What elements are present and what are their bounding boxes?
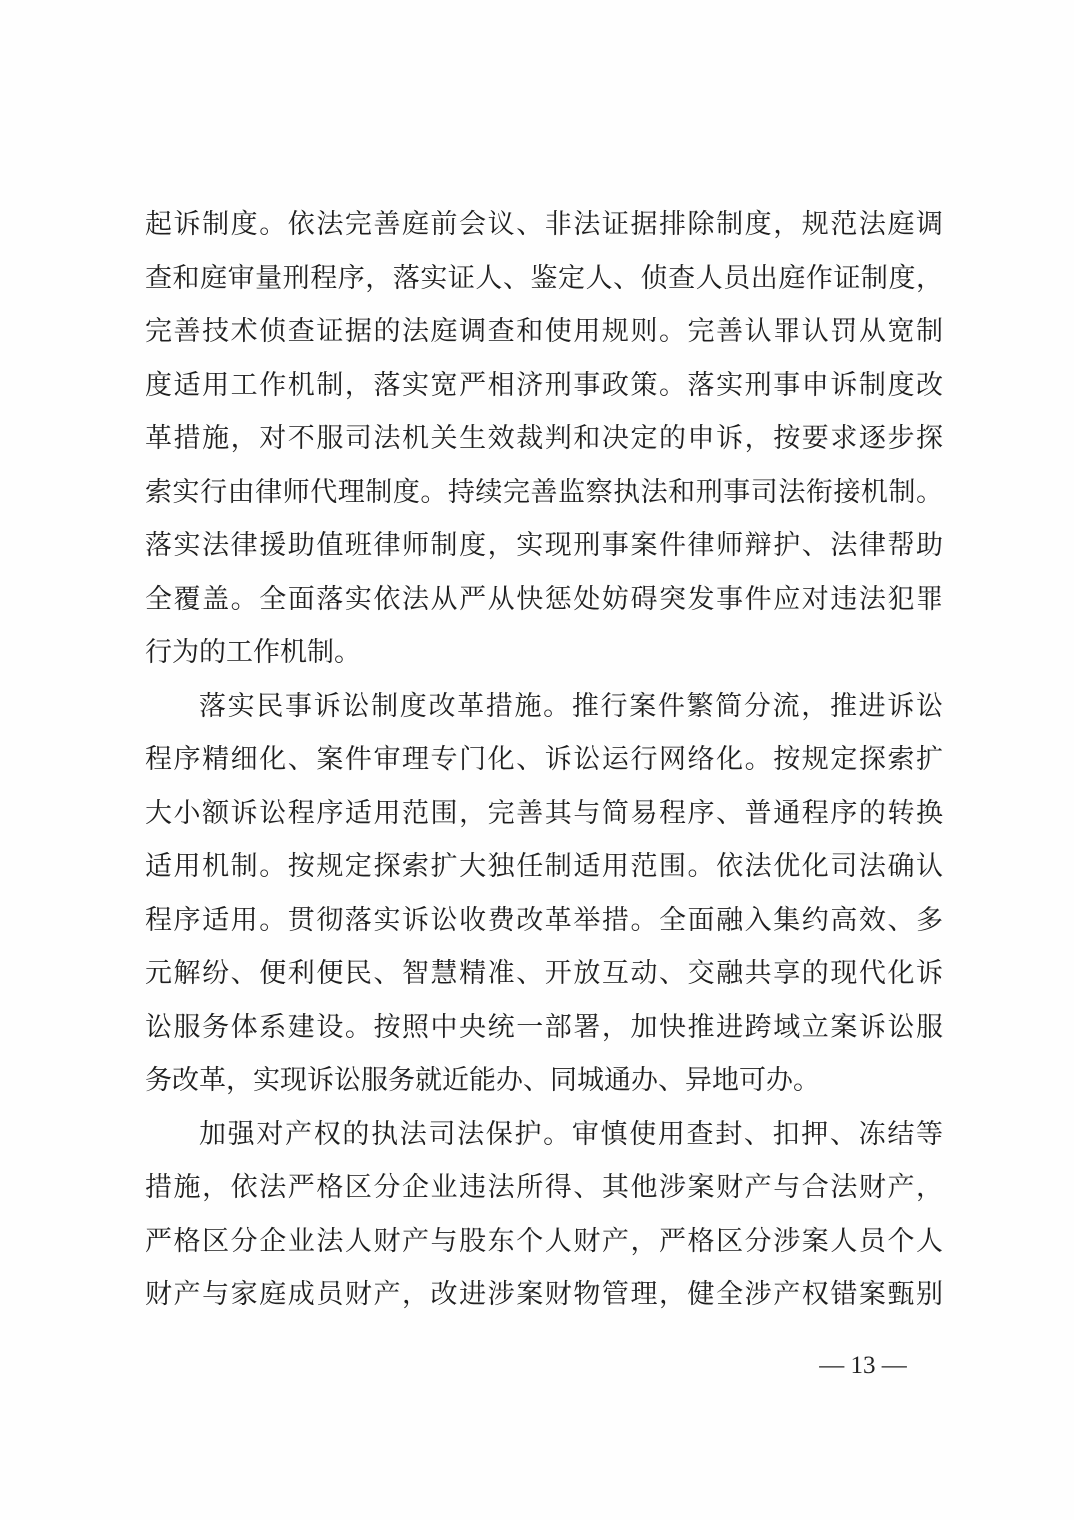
- text-line: 查和庭审量刑程序，落实证人、鉴定人、侦查人员出庭作证制度，: [145, 252, 943, 306]
- text-line: 大小额诉讼程序适用范围，完善其与简易程序、普通程序的转换: [145, 787, 943, 841]
- text-line: 程序精细化、案件审理专门化、诉讼运行网络化。按规定探索扩: [145, 733, 943, 787]
- text-line: 财产与家庭成员财产，改进涉案财物管理，健全涉产权错案甄别: [145, 1268, 943, 1322]
- document-page: 起诉制度。依法完善庭前会议、非法证据排除制度，规范法庭调 查和庭审量刑程序，落实…: [0, 0, 1074, 1520]
- text-line: 索实行由律师代理制度。持续完善监察执法和刑事司法衔接机制。: [145, 466, 943, 520]
- text-line-paragraph-start: 加强对产权的执法司法保护。审慎使用查封、扣押、冻结等: [145, 1108, 943, 1162]
- text-line: 全覆盖。全面落实依法从严从快惩处妨碍突发事件应对违法犯罪: [145, 573, 943, 627]
- text-line: 讼服务体系建设。按照中央统一部署，加快推进跨域立案诉讼服: [145, 1001, 943, 1055]
- text-line: 严格区分企业法人财产与股东个人财产，严格区分涉案人员个人: [145, 1215, 943, 1269]
- text-line: 革措施，对不服司法机关生效裁判和决定的申诉，按要求逐步探: [145, 412, 943, 466]
- text-line-paragraph-end: 务改革，实现诉讼服务就近能办、同城通办、异地可办。: [145, 1054, 943, 1108]
- text-line: 度适用工作机制，落实宽严相济刑事政策。落实刑事申诉制度改: [145, 359, 943, 413]
- text-line-paragraph-end: 行为的工作机制。: [145, 626, 943, 680]
- text-line: 措施，依法严格区分企业违法所得、其他涉案财产与合法财产，: [145, 1161, 943, 1215]
- text-line: 起诉制度。依法完善庭前会议、非法证据排除制度，规范法庭调: [145, 198, 943, 252]
- text-line: 落实法律援助值班律师制度，实现刑事案件律师辩护、法律帮助: [145, 519, 943, 573]
- page-number: — 13 —: [783, 1348, 943, 1384]
- text-line: 程序适用。贯彻落实诉讼收费改革举措。全面融入集约高效、多: [145, 894, 943, 948]
- text-line: 适用机制。按规定探索扩大独任制适用范围。依法优化司法确认: [145, 840, 943, 894]
- text-line: 完善技术侦查证据的法庭调查和使用规则。完善认罪认罚从宽制: [145, 305, 943, 359]
- text-line-paragraph-start: 落实民事诉讼制度改革措施。推行案件繁简分流，推进诉讼: [145, 680, 943, 734]
- document-body: 起诉制度。依法完善庭前会议、非法证据排除制度，规范法庭调 查和庭审量刑程序，落实…: [145, 198, 943, 1322]
- text-line: 元解纷、便利便民、智慧精准、开放互动、交融共享的现代化诉: [145, 947, 943, 1001]
